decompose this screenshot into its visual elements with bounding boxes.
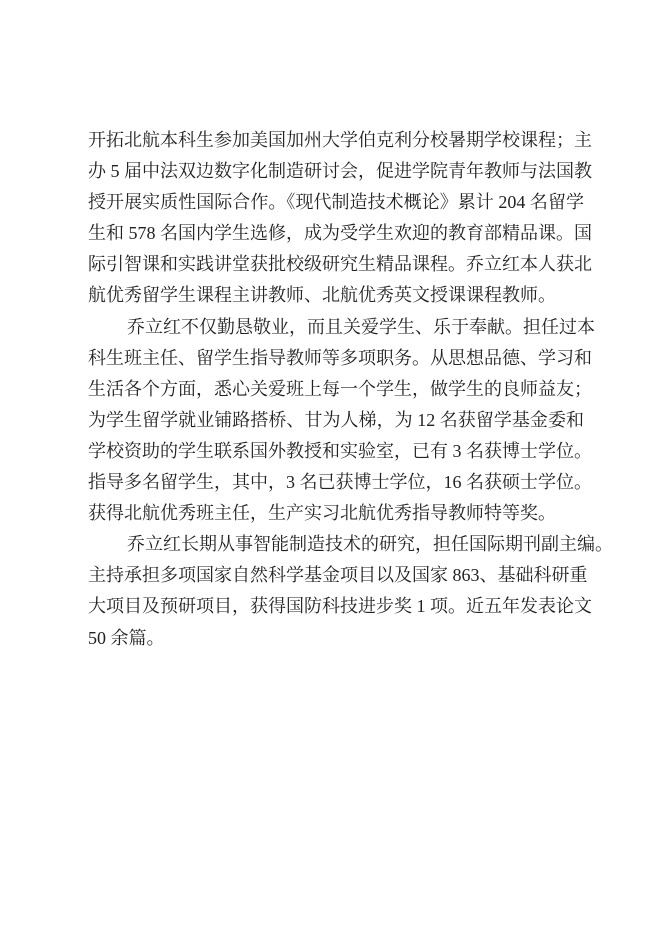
text-line: 航优秀留学生课程主讲教师、北航优秀英文授课课程教师。 xyxy=(88,280,584,311)
text-line: 科生班主任、留学生指导教师等多项职务。从思想品德、学习和 xyxy=(88,343,584,374)
text-block: 开拓北航本科生参加美国加州大学伯克利分校暑期学校课程；主 办 5 届中法双边数字… xyxy=(88,125,584,654)
paragraph: 乔立红长期从事智能制造技术的研究，担任国际期刊副主编。 主持承担多项国家自然科学… xyxy=(88,529,584,653)
text-line: 办 5 届中法双边数字化制造研讨会，促进学院青年教师与法国教 xyxy=(88,156,584,187)
text-line: 乔立红长期从事智能制造技术的研究，担任国际期刊副主编。 xyxy=(88,529,584,560)
document-page: 开拓北航本科生参加美国加州大学伯克利分校暑期学校课程；主 办 5 届中法双边数字… xyxy=(0,0,671,949)
text-line: 开拓北航本科生参加美国加州大学伯克利分校暑期学校课程；主 xyxy=(88,125,584,156)
text-line: 指导多名留学生，其中，3 名已获博士学位，16 名获硕士学位。 xyxy=(88,467,584,498)
paragraph: 乔立红不仅勤恳敬业，而且关爱学生、乐于奉献。担任过本 科生班主任、留学生指导教师… xyxy=(88,312,584,530)
text-line: 生活各个方面，悉心关爱班上每一个学生，做学生的良师益友； xyxy=(88,374,584,405)
text-line: 主持承担多项国家自然科学基金项目以及国家 863、基础科研重 xyxy=(88,560,584,591)
paragraph: 开拓北航本科生参加美国加州大学伯克利分校暑期学校课程；主 办 5 届中法双边数字… xyxy=(88,125,584,312)
text-line: 50 余篇。 xyxy=(88,623,584,654)
text-line: 获得北航优秀班主任，生产实习北航优秀指导教师特等奖。 xyxy=(88,498,584,529)
text-line: 际引智课和实践讲堂获批校级研究生精品课程。乔立红本人获北 xyxy=(88,249,584,280)
text-line: 大项目及预研项目，获得国防科技进步奖 1 项。近五年发表论文 xyxy=(88,591,584,622)
text-line: 授开展实质性国际合作。《现代制造技术概论》累计 204 名留学 xyxy=(88,187,584,218)
text-line: 生和 578 名国内学生选修，成为受学生欢迎的教育部精品课。国 xyxy=(88,218,584,249)
text-line: 为学生留学就业铺路搭桥、甘为人梯，为 12 名获留学基金委和 xyxy=(88,405,584,436)
text-line: 乔立红不仅勤恳敬业，而且关爱学生、乐于奉献。担任过本 xyxy=(88,312,584,343)
text-line: 学校资助的学生联系国外教授和实验室，已有 3 名获博士学位。 xyxy=(88,436,584,467)
